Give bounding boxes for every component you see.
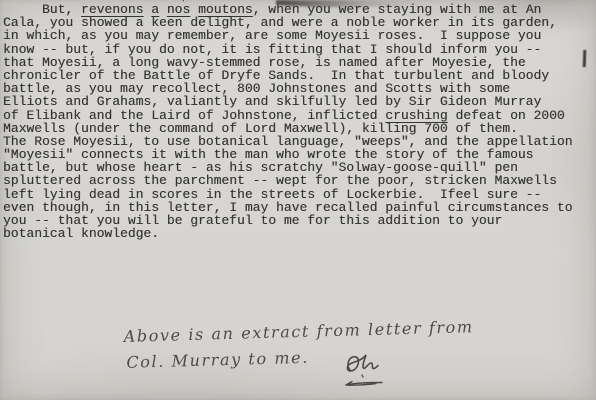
typed-letter-body: But, revenons a nos' moutons, when you w…	[3, 3, 595, 240]
typed-text-segment: nos'	[167, 2, 190, 17]
typed-text-segment: botanical knowledge.	[3, 226, 159, 241]
typed-line: botanical knowledge.	[3, 227, 595, 240]
scanned-letter-page: But, revenons a nos' moutons, when you w…	[0, 0, 596, 400]
annotation-line-2: Col. Murray to me.	[126, 343, 474, 372]
stray-diacritic-mark: '	[180, 0, 185, 10]
annotation-line-1: Above is an extract from letter from	[123, 317, 473, 346]
handwritten-annotation: Above is an extract from letter from Col…	[123, 317, 474, 372]
handwritten-initials-icon	[336, 350, 394, 394]
